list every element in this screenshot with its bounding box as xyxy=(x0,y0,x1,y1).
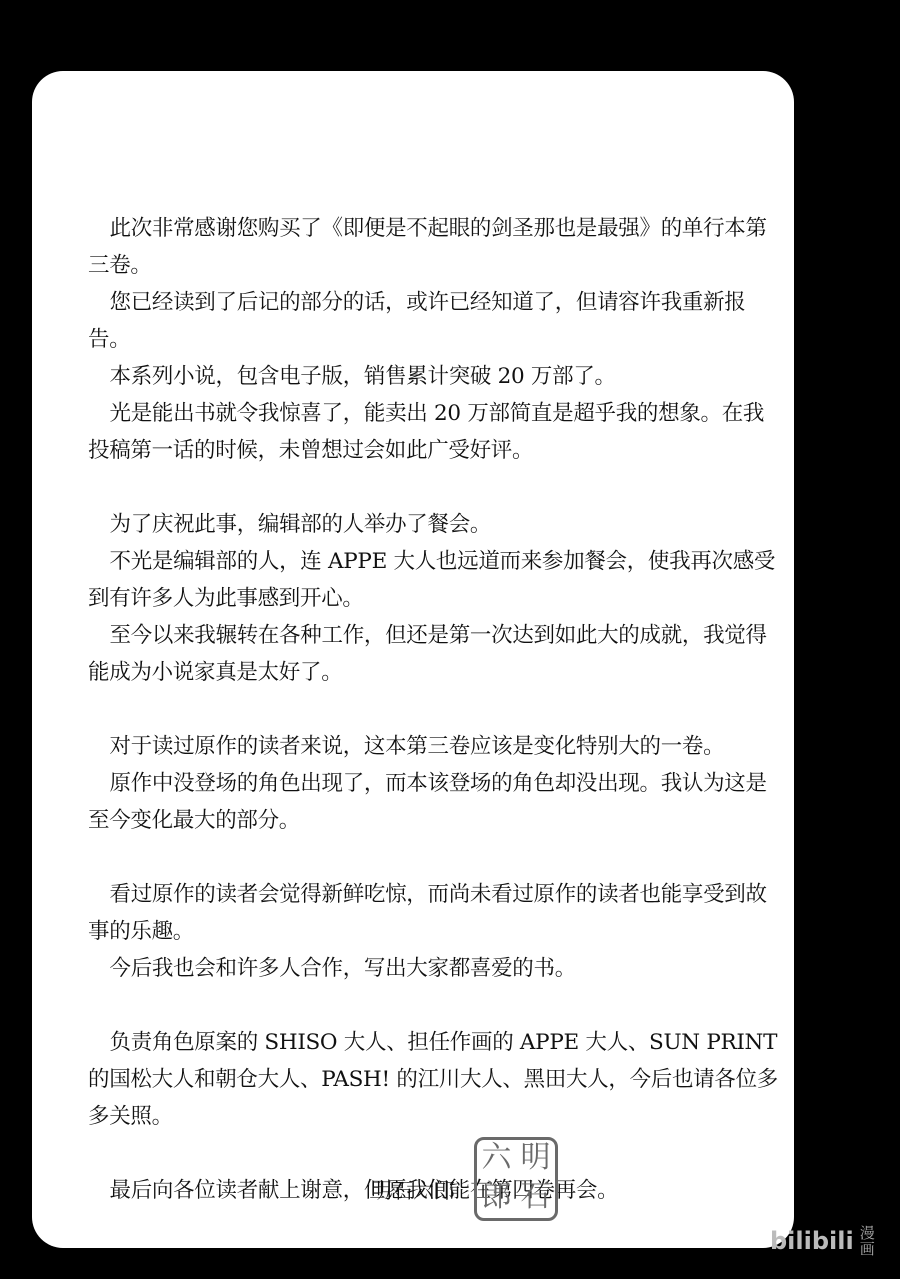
author-signature: 明石六郎 xyxy=(371,1175,455,1205)
paragraph-future: 今后我也会和许多人合作，写出大家都喜爱的书。 xyxy=(88,950,778,987)
bilibili-manga-watermark: bilibili 漫 画 xyxy=(770,1225,878,1257)
bilibili-logo: bilibili xyxy=(770,1227,854,1255)
paragraph-gap xyxy=(88,1135,778,1172)
paragraph-credits: 负责角色原案的 SHISO 大人、担任作画的 APPE 大人、SUN PRINT… xyxy=(88,1024,778,1135)
seal-char: 六 xyxy=(477,1140,516,1179)
paragraph-gap xyxy=(88,469,778,506)
paragraph-changes: 对于读过原作的读者来说，这本第三卷应该是变化特别大的一卷。 xyxy=(88,728,778,765)
seal-char: 郎 xyxy=(477,1179,516,1218)
paragraph-celebration: 为了庆祝此事，编辑部的人举办了餐会。 xyxy=(88,506,778,543)
paragraph-sales: 本系列小说，包含电子版，销售累计突破 20 万部了。 xyxy=(88,358,778,395)
paragraph-report: 您已经读到了后记的部分的话，或许已经知道了，但请容许我重新报告。 xyxy=(88,284,778,358)
paragraph-characters: 原作中没登场的角色出现了，而本该登场的角色却没出现。我认为这是至今变化最大的部分… xyxy=(88,765,778,839)
paragraph-thanks: 此次非常感谢您购买了《即便是不起眼的剑圣那也是最强》的单行本第三卷。 xyxy=(88,210,778,284)
paragraph-gap xyxy=(88,987,778,1024)
paragraph-surprise: 光是能出书就令我惊喜了，能卖出 20 万部简直是超乎我的想象。在我投稿第一话的时… xyxy=(88,395,778,469)
paragraph-readers: 看过原作的读者会觉得新鲜吃惊，而尚未看过原作的读者也能享受到故事的乐趣。 xyxy=(88,876,778,950)
author-seal-stamp: 六 明 郎 石 xyxy=(474,1137,558,1221)
paragraph-gap xyxy=(88,839,778,876)
paragraph-achievement: 至今以来我辗转在各种工作，但还是第一次达到如此大的成就，我觉得能成为小说家真是太… xyxy=(88,617,778,691)
paragraph-gap xyxy=(88,691,778,728)
paragraph-appe: 不光是编辑部的人，连 APPE 大人也远道而来参加餐会，使我再次感受到有许多人为… xyxy=(88,543,778,617)
seal-char: 石 xyxy=(516,1179,555,1218)
seal-char: 明 xyxy=(516,1140,555,1179)
afterword-body: 此次非常感谢您购买了《即便是不起眼的剑圣那也是最强》的单行本第三卷。 您已经读到… xyxy=(88,210,778,1209)
manga-label: 漫 画 xyxy=(860,1225,878,1257)
